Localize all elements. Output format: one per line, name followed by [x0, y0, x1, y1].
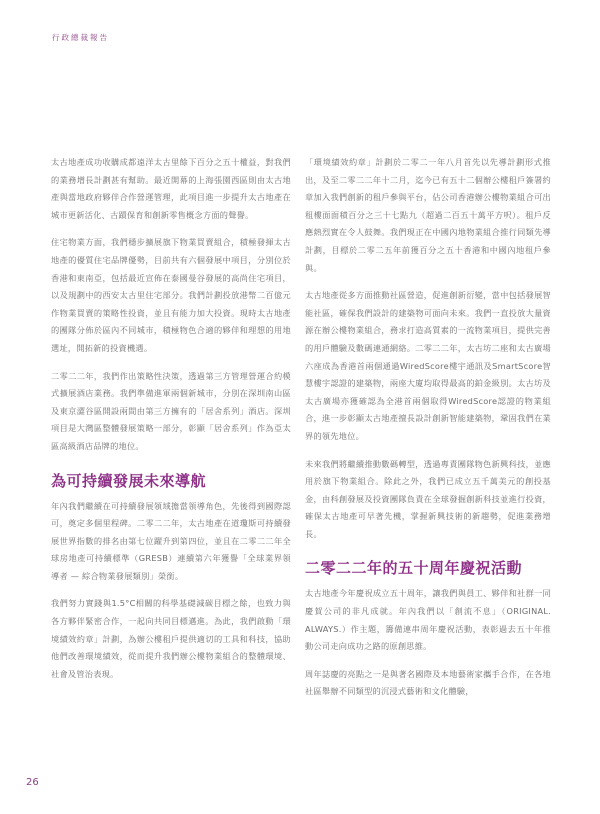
- running-header-title: 行政總裁報告: [52, 32, 109, 43]
- paragraph-pledge-progress: 「環境績效約章」計劃於二零二一年八月首先以先導計劃形式推出，及至二零二二年十二月…: [305, 154, 551, 277]
- paragraph-hotels: 二零二二年，我們作出策略性決策，透過第三方管理營運合約模式擴展酒店業務。我們準備…: [51, 368, 291, 456]
- paragraph-residential: 住宅物業方面，我們穩步擴展旗下物業買賣組合，積極發揮太古地產的優質住宅品牌優勢，…: [51, 234, 291, 357]
- page-number: 26: [26, 777, 39, 788]
- section-heading-sustainability: 為可持續發展未來導航: [51, 470, 291, 492]
- paragraph-sustainability-recognition: 年內我們繼續在可持續發展領域擔當領導角色，先後得到國際認可，奠定多個里程碑。二零…: [51, 498, 291, 586]
- paragraph-anniversary-highlights: 周年誌慶的亮點之一是與著名國際及本地藝術家攜手合作，在各地社區舉辦不同類型的沉浸…: [305, 666, 551, 701]
- paragraph-acquisition: 太古地產成功收購成都遠洋太古里餘下百分之五十權益，對我們的業務增長計劃甚有幫助。…: [51, 154, 291, 224]
- paragraph-digital-transformation: 未來我們將繼續推動數碼轉型，透過專責團隊物色新興科技，並應用於旗下物業組合。除此…: [305, 456, 551, 544]
- paragraph-green-performance-pledge: 我們努力實踐與1.5°C相關的科學基礎減碳目標之餘，也致力與各方夥伴緊密合作，一…: [51, 595, 291, 683]
- paragraph-anniversary-theme: 太古地產今年慶祝成立五十周年，讓我們與員工、夥伴和社群一同慶賀公司的非凡成就。年…: [305, 585, 551, 655]
- right-column: 「環境績效約章」計劃於二零二一年八月首先以先導計劃形式推出，及至二零二二年十二月…: [305, 154, 551, 711]
- left-column: 太古地產成功收購成都遠洋太古里餘下百分之五十權益，對我們的業務增長計劃甚有幫助。…: [51, 154, 291, 693]
- section-heading-50th-anniversary: 二零二二年的五十周年慶祝活動: [305, 557, 551, 579]
- paragraph-smart-buildings: 太古地產從多方面推動社區營造，促進創新衍變，當中包括發展智能社區，確保我們設計的…: [305, 287, 551, 445]
